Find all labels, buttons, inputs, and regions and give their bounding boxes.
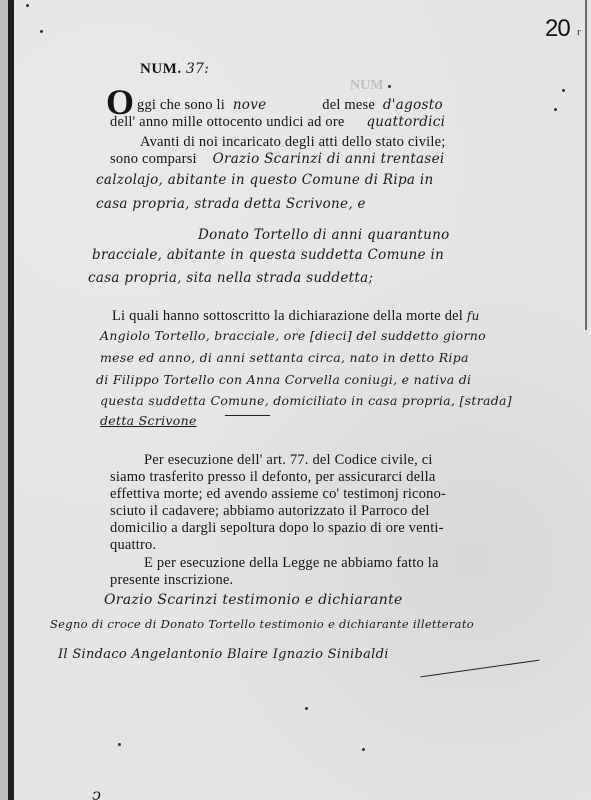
signature-witness-2: Segno di croce di Donato Tortello testim… — [50, 617, 474, 631]
verification-line: domicilio a dargli sepoltura dopo lo spa… — [110, 520, 444, 537]
paper-speck — [554, 108, 557, 111]
record-line-appeared: sono comparsi Orazio Scarinzi di anni tr… — [110, 151, 445, 168]
record-line-officer: Avanti di noi incaricato degli atti dell… — [140, 134, 445, 151]
binding-shadow — [0, 0, 8, 800]
printed-text: del mese — [322, 97, 375, 113]
paper-speck — [26, 4, 29, 7]
document-page: 20 r NUM NUM. 37: O ggi che sono li nove… — [0, 0, 591, 800]
handwritten-line: di Filippo Tortello con Anna Corvella co… — [96, 372, 471, 387]
handwritten-line: calzolajo, abitante in questo Comune di … — [96, 172, 433, 188]
printed-text: Li quali hanno sottoscritto la dichiaraz… — [112, 308, 463, 324]
underline-flourish — [225, 415, 270, 416]
handwritten-text: fu — [467, 309, 480, 323]
folio-mark: r — [577, 26, 581, 38]
paper-speck — [362, 748, 365, 751]
verification-line: siamo trasferito presso il defonto, per … — [110, 469, 435, 486]
verification-line: quattro. — [110, 537, 156, 554]
signature-flourish — [421, 660, 540, 678]
printed-text: Avanti di noi incaricato degli atti dell… — [140, 134, 445, 150]
handwritten-witness-1: Orazio Scarinzi di anni trentasei — [213, 151, 445, 167]
record-number: NUM. 37: — [140, 61, 209, 78]
paper-speck — [40, 30, 43, 33]
printed-text: dell' anno mille ottocento undici ad ore — [110, 114, 345, 130]
num-label: NUM. — [140, 61, 182, 77]
num-value: 37: — [186, 61, 209, 77]
handwritten-month: d'agosto — [383, 97, 443, 113]
handwritten-line: casa propria, sita nella strada suddetta… — [88, 270, 373, 286]
printed-text: sono comparsi — [110, 151, 197, 167]
paper-speck — [562, 89, 565, 92]
handwritten-line: casa propria, strada detta Scrivone, e — [96, 196, 366, 212]
signature-witness-1: Orazio Scarinzi testimonio e dichiarante — [104, 592, 403, 608]
paper-speck — [118, 743, 121, 746]
handwritten-hour: quattordici — [366, 114, 445, 130]
handwritten-witness-2: Donato Tortello di anni quarantuno — [198, 227, 450, 243]
handwritten-line: questa suddetta Comune, domiciliato in c… — [100, 393, 512, 408]
closing-line: presente inscrizione. — [110, 572, 233, 589]
verification-line: sciuto il cadavere; abbiamo autorizzato … — [110, 503, 430, 520]
handwritten-day: nove — [233, 97, 267, 113]
handwritten-line: mese ed anno, di anni settanta circa, na… — [100, 350, 469, 365]
handwritten-deceased: Angiolo Tortello, bracciale, ore [dieci]… — [100, 328, 486, 343]
record-line-date: ggi che sono li nove del mese d'agosto — [137, 97, 443, 114]
handwritten-line: detta Scrivone — [100, 413, 197, 428]
verification-line: effettiva morte; ed avendo assieme co' t… — [110, 486, 446, 503]
declaration-line: Li quali hanno sottoscritto la dichiaraz… — [112, 308, 480, 325]
record-line-year: dell' anno mille ottocento undici ad ore… — [110, 114, 445, 131]
next-entry-fragment: ↄ — [92, 785, 101, 800]
signature-mayor: Il Sindaco Angelantonio Blaire Ignazio S… — [58, 647, 389, 662]
folio-number: 20 — [545, 15, 570, 43]
paper-speck — [388, 85, 391, 88]
verification-line: Per esecuzione dell' art. 77. del Codice… — [144, 452, 433, 469]
handwritten-line: bracciale, abitante in questa suddetta C… — [92, 247, 444, 263]
binding-edge — [8, 0, 14, 800]
printed-text: ggi che sono li — [137, 97, 225, 113]
paper-speck — [305, 707, 308, 710]
bleed-through-text: NUM — [350, 78, 383, 94]
page-edge — [585, 0, 587, 330]
closing-line: E per esecuzione della Legge ne abbiamo … — [144, 555, 439, 572]
